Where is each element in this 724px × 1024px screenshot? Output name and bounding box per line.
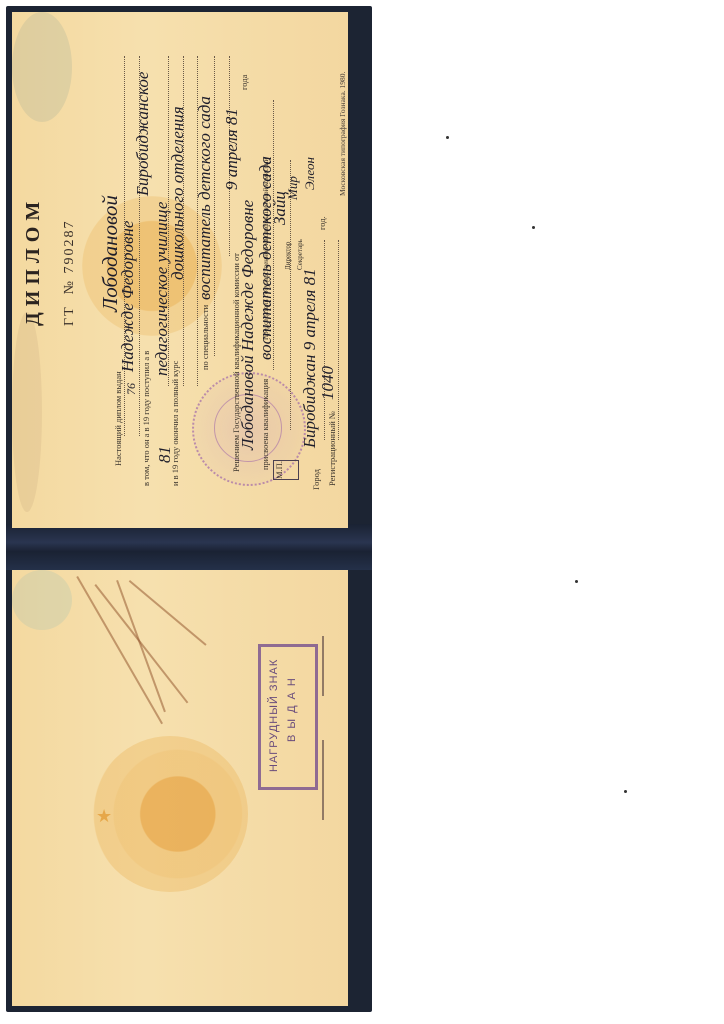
printed-line-10: Город	[311, 469, 321, 490]
stamp-line-2: ВЫДАН	[286, 672, 298, 742]
number-label: №	[62, 279, 77, 294]
year-suffix: года	[239, 75, 249, 90]
qualified-person: Лободановой Надежде Федоровне	[238, 200, 258, 450]
specialty: воспитатель детского сада	[195, 96, 215, 300]
god-label: год.	[317, 216, 327, 230]
mp-box: М.П.	[273, 460, 299, 480]
printed-line-1: Настоящий диплом выдан	[113, 371, 123, 466]
star-icon: ★	[96, 806, 112, 827]
printed-line-11: Регистрационный №	[327, 411, 337, 486]
commission-date: 9 апреля 81	[222, 108, 242, 190]
printed-line-4: по специальности	[200, 305, 210, 370]
director-signature: Мир	[285, 176, 301, 200]
cover-spine	[6, 524, 372, 570]
stamp-line-1: НАГРУДНЫЙ ЗНАК	[268, 659, 280, 772]
program: дошкольного отделения	[168, 106, 188, 280]
mp-label: М.П.	[274, 461, 284, 479]
secretary-signature: Элеон	[302, 157, 318, 190]
printer-imprint: Московская типография Гознака. 1980.	[338, 72, 347, 196]
printed-line-2: в том, что он а в 19 году поступил а в	[141, 351, 151, 486]
enrolled-year: 76	[124, 383, 139, 395]
document-title: ДИПЛОМ	[22, 196, 45, 326]
printed-line-3: и в 19 году окончил а полный курс	[170, 361, 180, 486]
printed-line-9: Секретарь	[296, 239, 304, 270]
recipient-name: Надежде Федоровне	[118, 221, 138, 372]
series-label: ГТ	[62, 305, 77, 326]
printed-line-8: Директор	[284, 242, 292, 270]
enrolled-in: Биробиджанское	[133, 72, 153, 196]
registration-number: 1040	[318, 366, 338, 400]
printed-line-6: присвоена квалификация	[260, 379, 270, 470]
qualification: воспитатель детского сада	[256, 156, 276, 360]
series-number: ГТ № 790287	[62, 219, 78, 326]
ussr-coat-of-arms	[92, 736, 248, 892]
diploma-number: 790287	[62, 219, 77, 273]
city-date: Биробиджан 9 апреля 81	[300, 268, 320, 448]
graduated-year: 81	[155, 446, 175, 463]
